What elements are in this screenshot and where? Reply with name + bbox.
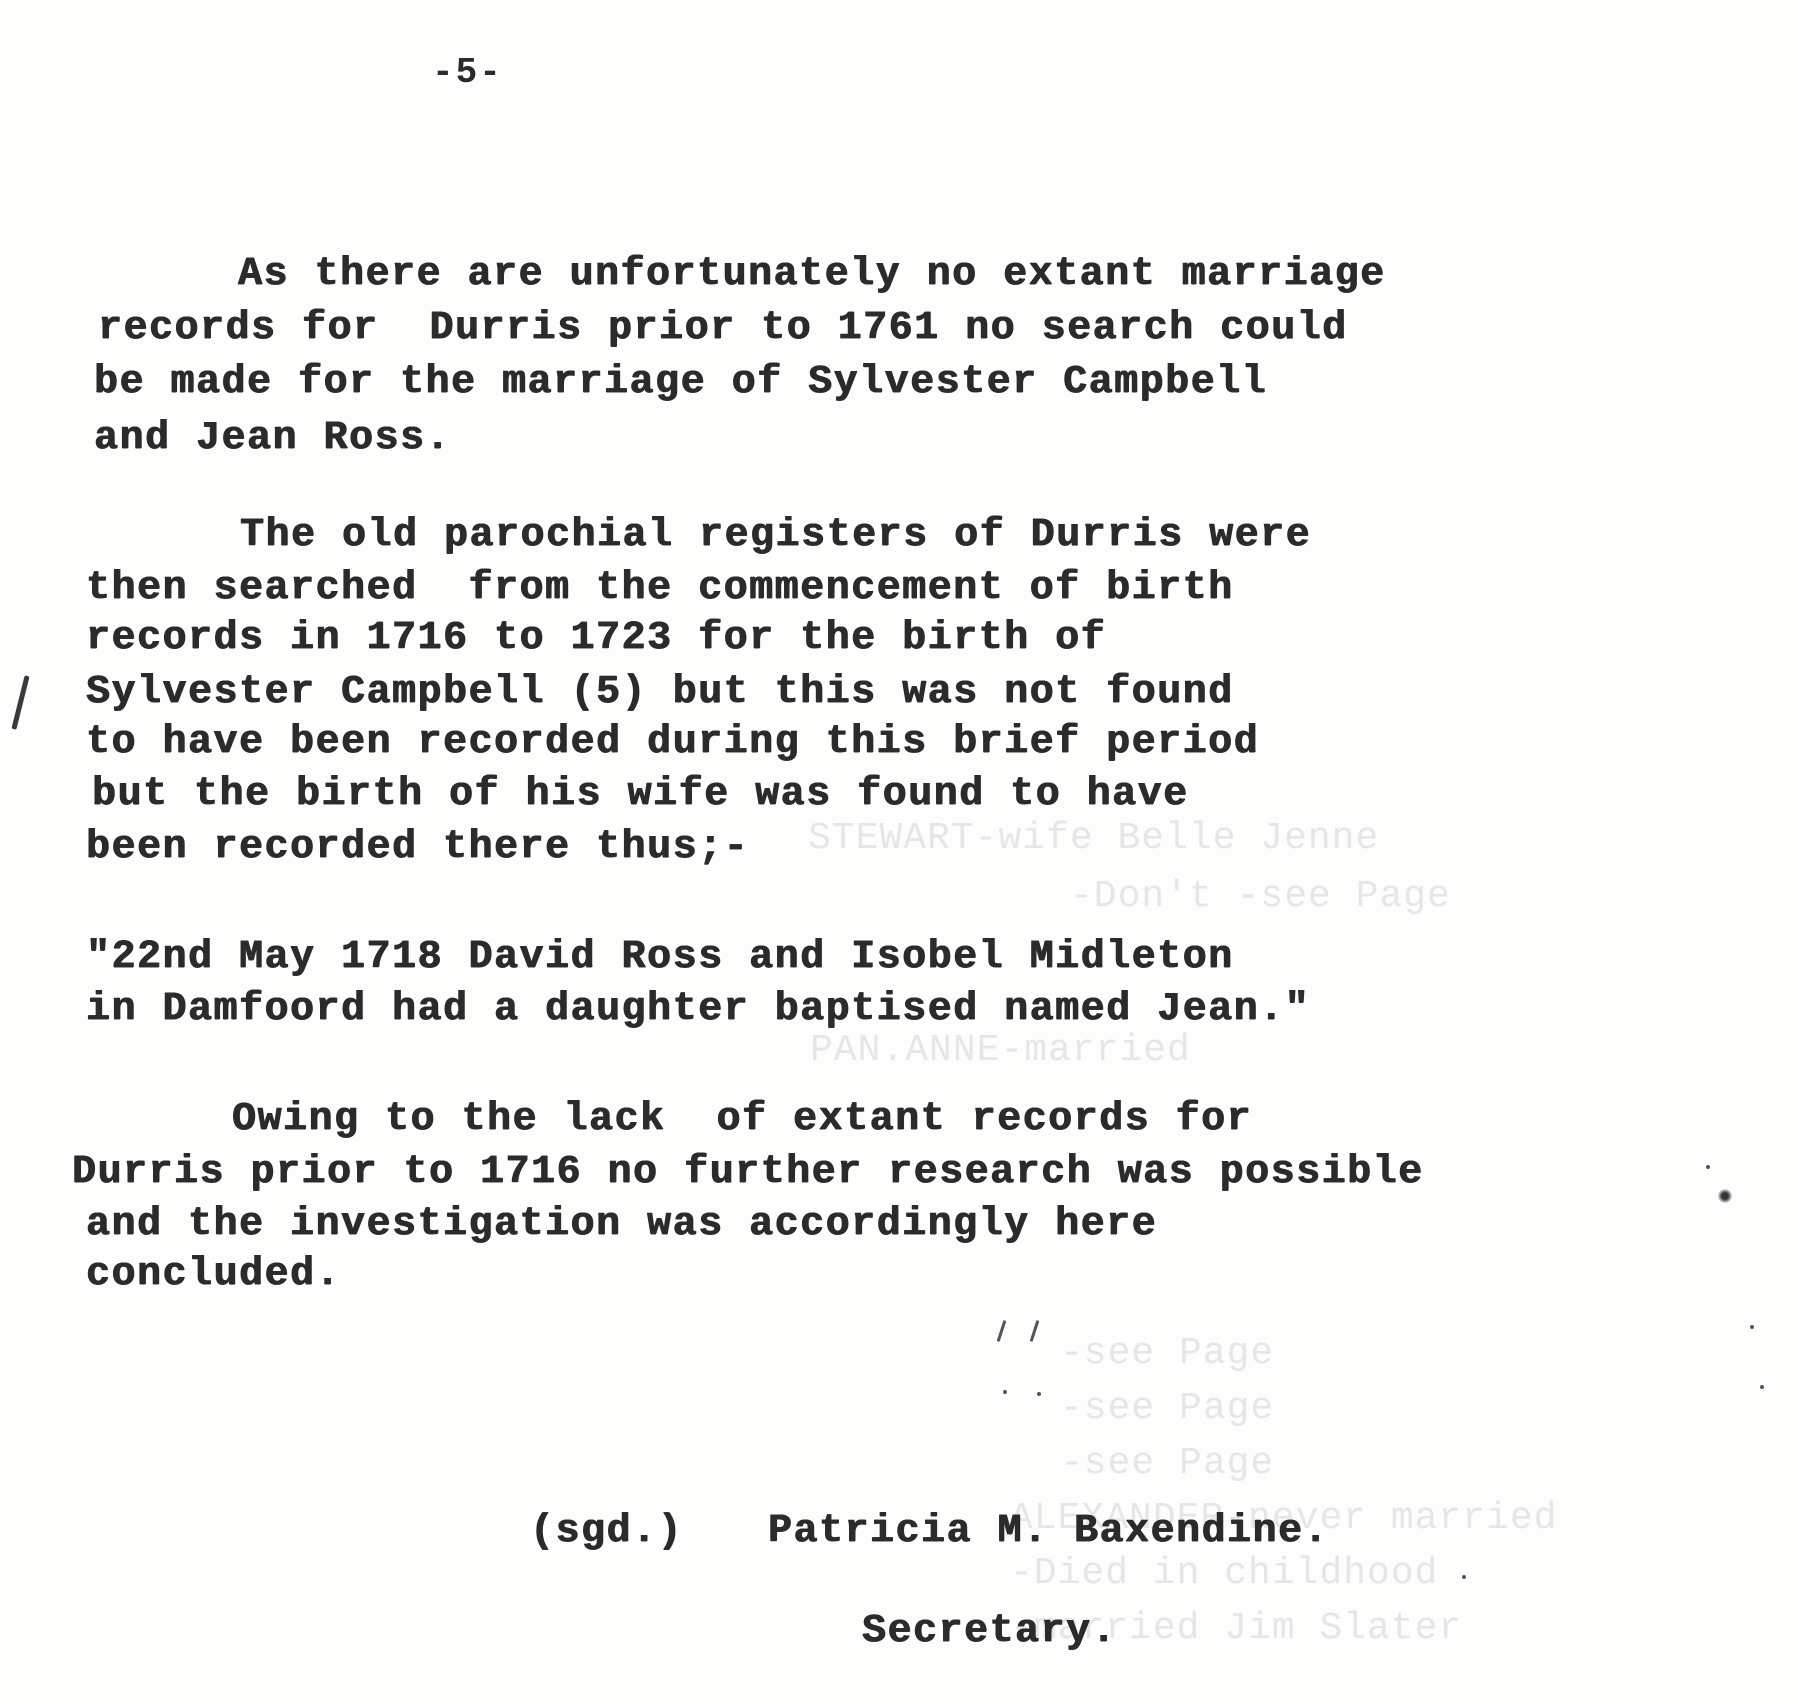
text-line: to have been recorded during this brief … (86, 723, 1259, 763)
text-line: Sylvester Campbell (5) but this was not … (86, 673, 1234, 713)
text-line: Durris prior to 1716 no further research… (72, 1153, 1424, 1193)
signature-title: Secretary. (862, 1612, 1117, 1652)
page-number: -5- (432, 52, 503, 93)
ink-speck (1037, 1392, 1041, 1396)
scanned-document-page: STEWART-wife Belle Jenne -Don't -see Pag… (0, 0, 1798, 1704)
bleed-through-line: -see Page (1060, 1390, 1274, 1428)
ink-speck (1760, 1385, 1764, 1389)
text-line: in Damfoord had a daughter baptised name… (86, 990, 1310, 1030)
signature-name: Patricia M. Baxendine. (768, 1512, 1329, 1552)
bleed-through-line: -see Page (1060, 1445, 1274, 1483)
ink-speck (1462, 1575, 1466, 1579)
text-line: As there are unfortunately no extant mar… (238, 255, 1386, 295)
text-line: concluded. (86, 1255, 341, 1295)
text-line: Owing to the lack of extant records for (232, 1100, 1252, 1140)
pencil-tick-mark (1030, 1320, 1040, 1342)
ink-speck (1750, 1325, 1754, 1329)
text-line: be made for the marriage of Sylvester Ca… (94, 363, 1267, 403)
text-line: and the investigation was accordingly he… (86, 1205, 1157, 1245)
bleed-through-line: STEWART-wife Belle Jenne (808, 820, 1379, 858)
bleed-through-line: -Don't -see Page (1070, 878, 1451, 916)
bleed-through-line: -Died in childhood (1010, 1555, 1438, 1593)
text-line: "22nd May 1718 David Ross and Isobel Mid… (86, 938, 1234, 978)
text-line: then searched from the commencement of b… (86, 569, 1234, 609)
bleed-through-line: -see Page (1060, 1335, 1274, 1373)
text-line: records in 1716 to 1723 for the birth of (86, 619, 1106, 659)
ink-smudge (1718, 1188, 1732, 1204)
ink-speck (1706, 1165, 1710, 1169)
pencil-tick-mark (997, 1320, 1007, 1342)
text-line: records for Durris prior to 1761 no sear… (98, 309, 1348, 349)
margin-slash-mark (11, 675, 29, 730)
text-line: and Jean Ross. (94, 419, 451, 459)
text-line: been recorded there thus;- (86, 828, 749, 868)
text-line: but the birth of his wife was found to h… (92, 775, 1189, 815)
signature-prefix: (sgd.) (530, 1512, 683, 1552)
ink-speck (1003, 1390, 1007, 1394)
text-line: The old parochial registers of Durris we… (240, 516, 1311, 556)
bleed-through-line: PAN.ANNE-married (810, 1032, 1191, 1070)
